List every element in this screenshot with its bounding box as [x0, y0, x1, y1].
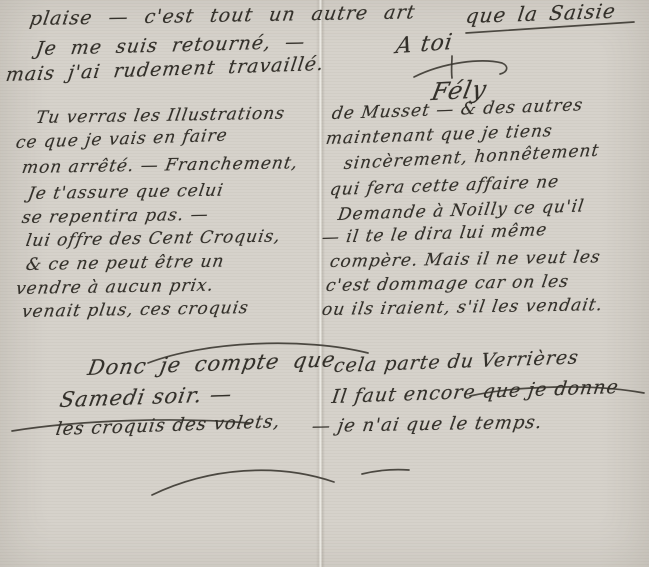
- letter-line: mon arrêté. — Franchement,: [20, 153, 299, 178]
- letter-line: de Musset — & des autres: [331, 95, 585, 124]
- letter-line: Donc je compte que: [86, 347, 338, 380]
- letter-line: les croquis des volets,: [55, 411, 282, 440]
- letter-page: plaise — c'est tout un autre art que la …: [0, 0, 649, 567]
- letter-line: Je t'assure que celui: [26, 181, 225, 204]
- letter-line: se repentira pas. —: [20, 205, 210, 228]
- letter-line: Tu verras les Illustrations: [34, 104, 286, 128]
- letter-line: venait plus, ces croquis: [20, 298, 250, 322]
- signature-flourish-stroke: [414, 61, 507, 77]
- letter-line: cela parte du Verrières: [332, 346, 580, 377]
- letter-line-underlined: que la Saisie: [464, 0, 617, 28]
- letter-line: — je n'ai que le temps.: [310, 412, 544, 437]
- letter-line: Il faut encore que je donne: [330, 376, 620, 408]
- letter-line: lui offre des Cent Croquis,: [24, 227, 282, 252]
- letter-line: ou ils iraient, s'il les vendait.: [320, 295, 604, 320]
- letter-line: vendre à aucun prix.: [14, 276, 215, 300]
- letter-line: c'est dommage car on les: [324, 272, 570, 296]
- letter-line: ce que je vais en faire: [15, 126, 229, 154]
- letter-line: Samedi soir. —: [58, 382, 234, 412]
- letter-line: compère. Mais il ne veut les: [328, 247, 602, 272]
- fold-crease: [316, 0, 325, 567]
- letter-line: qui fera cette affaire ne: [329, 172, 561, 200]
- letter-line: plaise — c'est tout un autre art: [28, 1, 417, 30]
- bottom-dash-stroke: [362, 470, 409, 474]
- letter-line: & ce ne peut être un: [24, 252, 226, 276]
- bottom-flourish-stroke: [152, 470, 334, 495]
- salutation: A toi: [394, 30, 454, 59]
